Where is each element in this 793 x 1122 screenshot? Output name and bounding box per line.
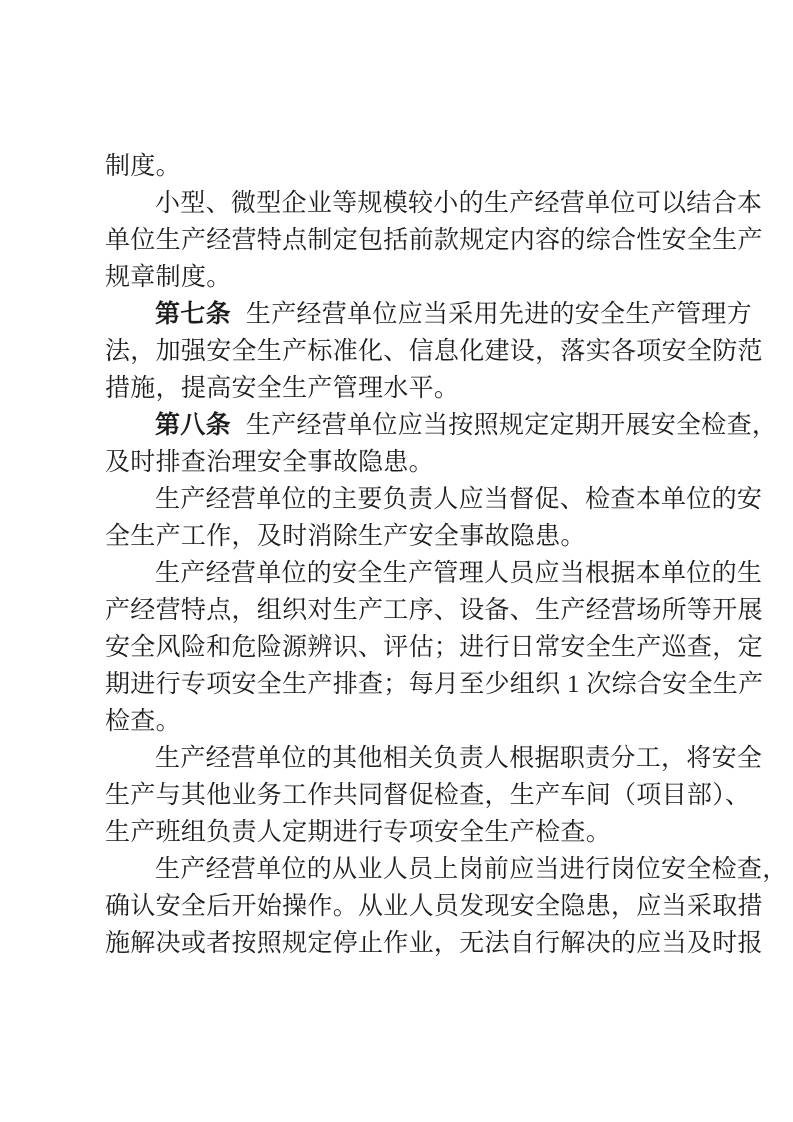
text-line: 确认安全后开始操作。从业人员发现安全隐患，应当采取措 xyxy=(105,888,763,925)
text-run: 生产经营单位应当采用先进的安全生产管理方 xyxy=(246,301,752,328)
document-page: 制度。小型、微型企业等规模较小的生产经营单位可以结合本单位生产经营特点制定包括前… xyxy=(0,0,793,1122)
text-line: 生产经营单位的其他相关负责人根据职责分工，将安全 xyxy=(105,740,763,777)
text-line: 全生产工作，及时消除生产安全事故隐患。 xyxy=(105,518,763,555)
text-line: 制度。 xyxy=(105,148,763,185)
text-line: 单位生产经营特点制定包括前款规定内容的综合性安全生产 xyxy=(105,222,763,259)
text-run: 检查。 xyxy=(105,708,181,735)
text-line: 产经营特点，组织对生产工序、设备、生产经营场所等开展 xyxy=(105,592,763,629)
text-line: 措施，提高安全生产管理水平。 xyxy=(105,370,763,407)
text-line: 规章制度。 xyxy=(105,259,763,296)
text-run: 全生产工作，及时消除生产安全事故隐患。 xyxy=(105,523,586,550)
text-line: 生产与其他业务工作共同督促检查，生产车间（项目部）、 xyxy=(105,777,763,814)
document-text-block: 制度。小型、微型企业等规模较小的生产经营单位可以结合本单位生产经营特点制定包括前… xyxy=(105,148,763,962)
text-line: 生产经营单位的从业人员上岗前应当进行岗位安全检查， xyxy=(105,851,763,888)
text-line: 期进行专项安全生产排查；每月至少组织 1 次综合安全生产 xyxy=(105,666,763,703)
text-line: 生产班组负责人定期进行专项安全生产检查。 xyxy=(105,814,763,851)
article-number: 第七条 xyxy=(155,301,231,328)
text-line: 小型、微型企业等规模较小的生产经营单位可以结合本 xyxy=(105,185,763,222)
text-run: 生产经营单位的从业人员上岗前应当进行岗位安全检查， xyxy=(155,856,788,883)
text-line: 第七条生产经营单位应当采用先进的安全生产管理方 xyxy=(105,296,763,333)
text-line: 生产经营单位的主要负责人应当督促、检查本单位的安 xyxy=(105,481,763,518)
text-run: 生产与其他业务工作共同督促检查，生产车间（项目部）、 xyxy=(105,782,750,809)
text-run: 确认安全后开始操作。从业人员发现安全隐患，应当采取措 xyxy=(105,893,763,920)
text-run: 措施，提高安全生产管理水平。 xyxy=(105,375,459,402)
text-run: 期进行专项安全生产排查；每月至少组织 1 次综合安全生产 xyxy=(105,671,763,698)
text-run: 规章制度。 xyxy=(105,264,232,291)
article-number: 第八条 xyxy=(155,412,231,439)
text-run: 小型、微型企业等规模较小的生产经营单位可以结合本 xyxy=(155,190,762,217)
text-run: 安全风险和危险源辨识、评估；进行日常安全生产巡查，定 xyxy=(105,634,763,661)
text-run: 生产经营单位应当按照规定定期开展安全检查， xyxy=(246,412,777,439)
text-line: 安全风险和危险源辨识、评估；进行日常安全生产巡查，定 xyxy=(105,629,763,666)
text-run: 生产班组负责人定期进行专项安全生产检查。 xyxy=(105,819,611,846)
text-line: 检查。 xyxy=(105,703,763,740)
text-run: 产经营特点，组织对生产工序、设备、生产经营场所等开展 xyxy=(105,597,763,624)
text-run: 制度。 xyxy=(105,153,181,180)
text-line: 及时排查治理安全事故隐患。 xyxy=(105,444,763,481)
text-run: 单位生产经营特点制定包括前款规定内容的综合性安全生产 xyxy=(105,227,763,254)
text-run: 施解决或者按照规定停止作业，无法自行解决的应当及时报 xyxy=(105,930,763,957)
text-run: 及时排查治理安全事故隐患。 xyxy=(105,449,434,476)
text-run: 生产经营单位的安全生产管理人员应当根据本单位的生 xyxy=(155,560,762,587)
text-run: 生产经营单位的其他相关负责人根据职责分工，将安全 xyxy=(155,745,762,772)
text-line: 生产经营单位的安全生产管理人员应当根据本单位的生 xyxy=(105,555,763,592)
text-line: 法，加强安全生产标准化、信息化建设，落实各项安全防范 xyxy=(105,333,763,370)
text-run: 法，加强安全生产标准化、信息化建设，落实各项安全防范 xyxy=(105,338,763,365)
text-run: 生产经营单位的主要负责人应当督促、检查本单位的安 xyxy=(155,486,762,513)
text-line: 第八条生产经营单位应当按照规定定期开展安全检查， xyxy=(105,407,763,444)
text-line: 施解决或者按照规定停止作业，无法自行解决的应当及时报 xyxy=(105,925,763,962)
